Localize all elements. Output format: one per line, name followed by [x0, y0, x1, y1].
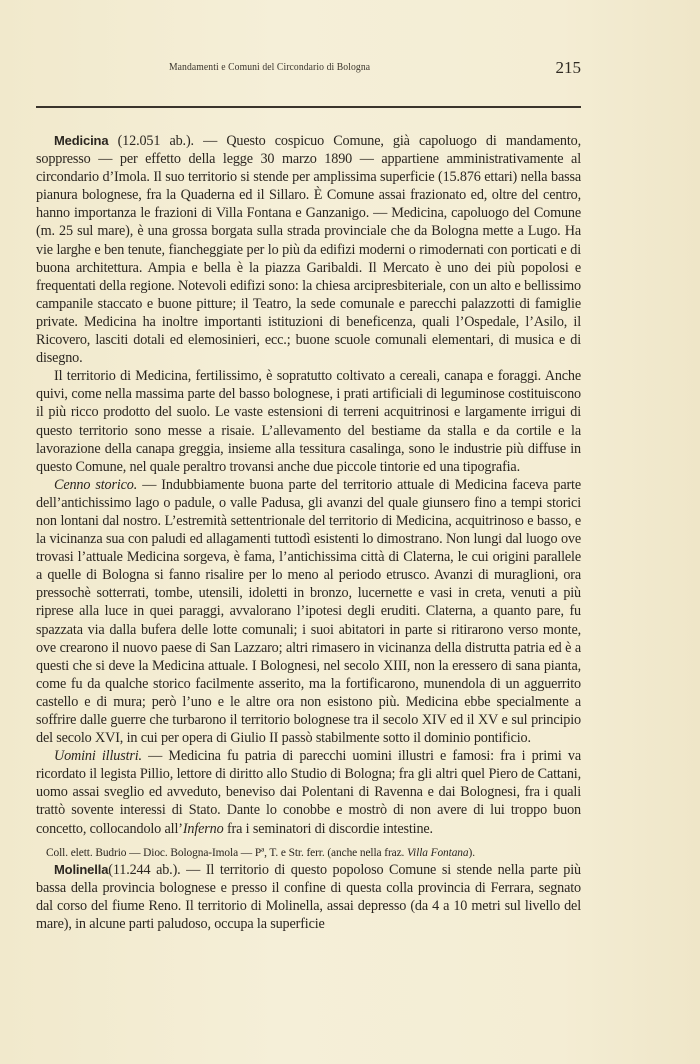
footnote-text: Coll. elett. Budrio — Dioc. Bologna-Imol…	[46, 847, 407, 859]
entry-medicina-intro: Medicina (12.051 ab.). — Questo cospicuo…	[36, 132, 581, 367]
entry-medicina-history: Cenno storico. — Indubbiamente buona par…	[36, 476, 581, 747]
header-rule	[36, 106, 581, 108]
footnote-italic: Villa Fontana	[407, 847, 468, 859]
entry-molinella: Molinella(11.244 ab.). — Il territorio d…	[36, 861, 581, 933]
entry-population: (12.051 ab.).	[118, 133, 194, 149]
section-label-history: Cenno storico.	[54, 477, 137, 493]
footnote-end: ).	[469, 847, 475, 859]
entry-medicina-territory: Il territorio di Medicina, fertilissimo,…	[36, 367, 581, 476]
administrative-footnote: Coll. elett. Budrio — Dioc. Bologna-Imol…	[46, 845, 581, 861]
italic-title: Inferno	[183, 821, 224, 837]
paragraph-text: — Indubbiamente buona parte del territor…	[36, 477, 581, 746]
entry-medicina-people: Uomini illustri. — Medicina fu patria di…	[36, 747, 581, 837]
page-number: 215	[556, 58, 582, 78]
running-head: Mandamenti e Comuni del Circondario di B…	[36, 58, 581, 80]
entry-name: Medicina	[54, 133, 108, 148]
section-label-people: Uomini illustri.	[54, 748, 142, 764]
paragraph-text: — Questo cospicuo Comune, già capoluogo …	[36, 133, 581, 366]
paragraph-text: fra i seminatori di discordie intestine.	[224, 821, 433, 837]
body-text: Medicina (12.051 ab.). — Questo cospicuo…	[36, 132, 581, 933]
entry-population: (11.244 ab.).	[108, 862, 180, 878]
running-title: Mandamenti e Comuni del Circondario di B…	[169, 62, 370, 73]
entry-name: Molinella	[54, 862, 108, 877]
